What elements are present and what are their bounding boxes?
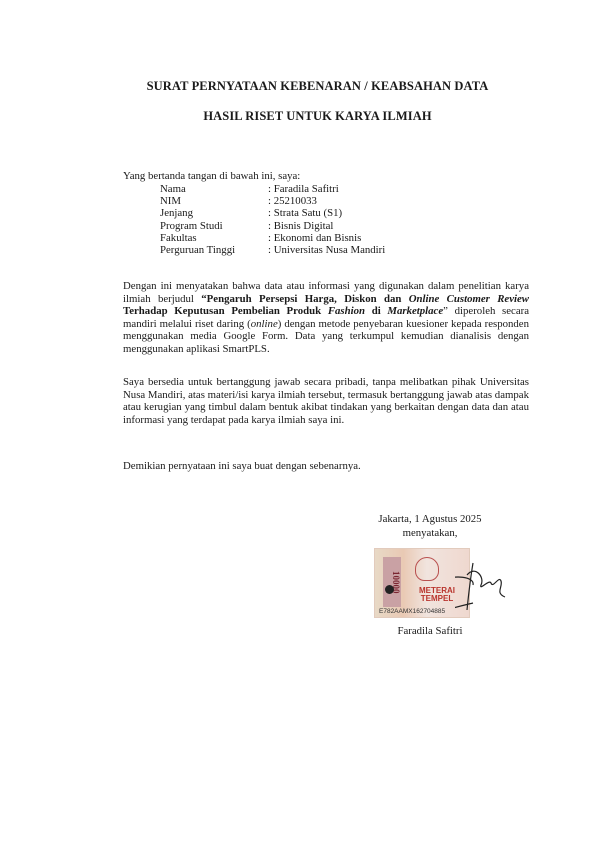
garuda-emblem-icon	[415, 557, 439, 581]
intro-text: Yang bertanda tangan di bawah ini, saya:	[123, 170, 529, 183]
identity-row: Jenjang: Strata Satu (S1)	[160, 207, 385, 219]
place-date: Jakarta, 1 Agustus 2025	[340, 513, 520, 525]
identity-table: Nama: Faradila Safitri NIM: 25210033 Jen…	[160, 183, 385, 256]
statement-label: menyatakan,	[340, 527, 520, 539]
identity-row: Nama: Faradila Safitri	[160, 183, 385, 195]
statement-paragraph: Dengan ini menyatakan bahwa data atau in…	[123, 280, 529, 356]
signer-name: Faradila Safitri	[340, 625, 520, 637]
stamp-serial: E782AAMX162704885	[379, 608, 445, 615]
closing-paragraph: Demikian pernyataan ini saya buat dengan…	[123, 460, 529, 473]
stamp-label: METERAITEMPEL	[419, 587, 455, 603]
identity-row: NIM: 25210033	[160, 195, 385, 207]
identity-row: Perguruan Tinggi: Universitas Nusa Mandi…	[160, 244, 385, 256]
stamp-hologram	[385, 585, 394, 594]
handwritten-signature	[455, 555, 515, 615]
stamp-value: 10000	[383, 557, 401, 607]
identity-row: Fakultas: Ekonomi dan Bisnis	[160, 232, 385, 244]
document-title: SURAT PERNYATAAN KEBENARAN / KEABSAHAN D…	[20, 79, 595, 94]
document-subtitle: HASIL RISET UNTUK KARYA ILMIAH	[20, 109, 595, 124]
identity-row: Program Studi: Bisnis Digital	[160, 220, 385, 232]
responsibility-paragraph: Saya bersedia untuk bertanggung jawab se…	[123, 376, 529, 426]
